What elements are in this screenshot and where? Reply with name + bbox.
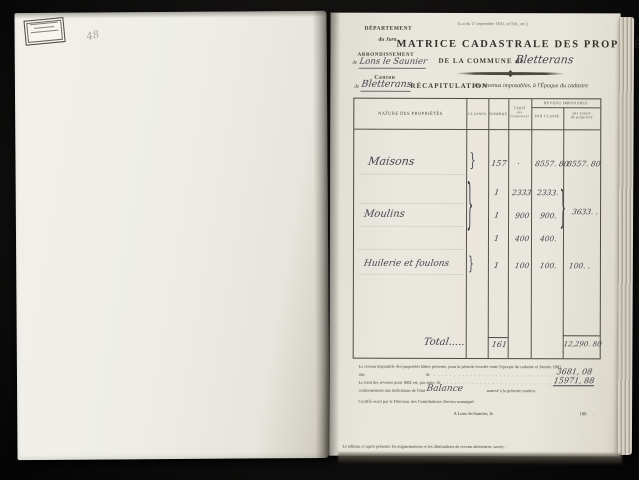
header-divider (354, 129, 600, 131)
departement-value: du Jura (379, 37, 397, 43)
row-rev-classe: 400. (539, 234, 557, 243)
bottom-note: Le tableau ci-après présente les augment… (342, 445, 612, 451)
arrondissement-value: Lons le Saunier (359, 57, 428, 69)
row-nombre: 1 (493, 211, 499, 220)
classes-brace-group: } (466, 172, 473, 237)
page-title: MATRICE CADASTRALE DES PROPRIÉTÉS BATIES (396, 39, 639, 52)
rev-nature-brace: } (560, 181, 566, 233)
col-header-nombre: NOMBRE (488, 112, 508, 116)
column-divider (488, 99, 490, 358)
revenu-band-divider (531, 107, 600, 108)
recap-text: des revenus imposables, à l'Époque du ca… (473, 83, 588, 90)
page-stack-edge (617, 17, 634, 455)
guide-line (358, 226, 464, 227)
end-dot: . (593, 411, 594, 416)
departement-label: DÉPARTEMENT (365, 26, 413, 32)
footer-etat-value: Balance (426, 384, 464, 394)
sum-line (563, 335, 600, 336)
row-nature: Moulins (363, 209, 405, 220)
row-rev-classe: 900. (539, 211, 557, 220)
recapitulation-table: NATURE DES PROPRIÉTÉS CLASSES NOMBRE TAR… (353, 98, 602, 360)
guide-line (358, 174, 464, 175)
col-header-classes: CLASSES (466, 112, 488, 116)
sum-line (488, 337, 508, 338)
row-tarif: 100 (514, 261, 530, 270)
row-tarif: 900 (514, 211, 530, 220)
row-nature: Maisons (367, 155, 415, 168)
row-nature: Huilerie et foulons (363, 259, 450, 269)
row-rev-classe: 8557. 80 (535, 159, 570, 168)
col-header-par-classe: PAR CLASSE (531, 114, 563, 118)
classes-brace: } (468, 254, 474, 275)
total-rev-nature: 12,290. 80 (563, 340, 602, 348)
footer-p2-etat-label: conformément aux indications de l'état (359, 389, 426, 394)
year-blank: 188 (580, 411, 587, 416)
footer-p2-value: 15971, 88 (553, 376, 595, 386)
row-rev-nature: 8557. 80 (567, 159, 602, 168)
guide-line (358, 203, 464, 204)
classes-brace: } (470, 151, 476, 172)
column-divider (508, 99, 510, 358)
row-nombre: 157 (491, 159, 508, 168)
col-header-revenu: REVENU IMPOSABLE (531, 101, 600, 105)
row-rev-nature: 100. . (568, 261, 591, 270)
footer-p1-de: de (426, 373, 430, 378)
row-tarif: · (517, 159, 521, 168)
col-header-nature: NATURE DES PROPRIÉTÉS (354, 111, 466, 116)
law-note: (Loi du 17 septembre 1841, et Ord., etc.… (458, 22, 528, 27)
place-date-line: A Lons-le-Saunier, le (454, 411, 493, 416)
footer-p1-value: 3681, 08 (556, 367, 593, 376)
col-header-tarif: TARIF des évaluations (508, 106, 531, 118)
stamp-line (31, 29, 59, 33)
footer-p2-annexe: annexé à la présente matrice. (487, 389, 537, 394)
row-nombre: 1 (493, 234, 499, 243)
canton-prefix: de (354, 85, 359, 91)
commune-value: Bletterans (515, 53, 575, 66)
ornament-divider (455, 72, 565, 75)
row-nombre: 1 (493, 188, 499, 197)
guide-line (358, 274, 464, 275)
certify-line: Certifié exact par le Directeur des Cont… (359, 400, 475, 405)
row-tarif: 400 (514, 234, 530, 243)
col-header-par-nature: par nature de propriété (563, 111, 600, 119)
guide-line (358, 249, 464, 250)
archive-stamp (23, 17, 65, 46)
total-label: Total..... (423, 337, 466, 348)
canton-value: Bletterans (360, 79, 412, 92)
matrice-page: (Loi du 17 septembre 1841, et Ord., etc.… (329, 13, 620, 457)
row-nombre: 1 (493, 261, 499, 270)
row-tarif: 2333 (511, 188, 531, 197)
col-header-tarif-line3: évaluations (508, 114, 531, 118)
footer-p1-une: une (359, 373, 365, 378)
book-bottom-edge (338, 453, 622, 465)
row-rev-nature: 3633. . (571, 207, 599, 216)
col-header-par-nature-line2: de propriété (563, 115, 600, 119)
column-divider (531, 99, 533, 358)
stamp-line (34, 25, 54, 28)
row-rev-classe: 100. (539, 261, 557, 270)
arrondissement-prefix: de (352, 61, 357, 67)
pencil-mark: 48 (85, 29, 100, 43)
total-nombre: 161 (491, 340, 508, 349)
commune-label: DE LA COMMUNE de (438, 57, 524, 65)
row-rev-classe: 2333. (536, 188, 559, 197)
left-blank-page: 48 (14, 11, 329, 460)
